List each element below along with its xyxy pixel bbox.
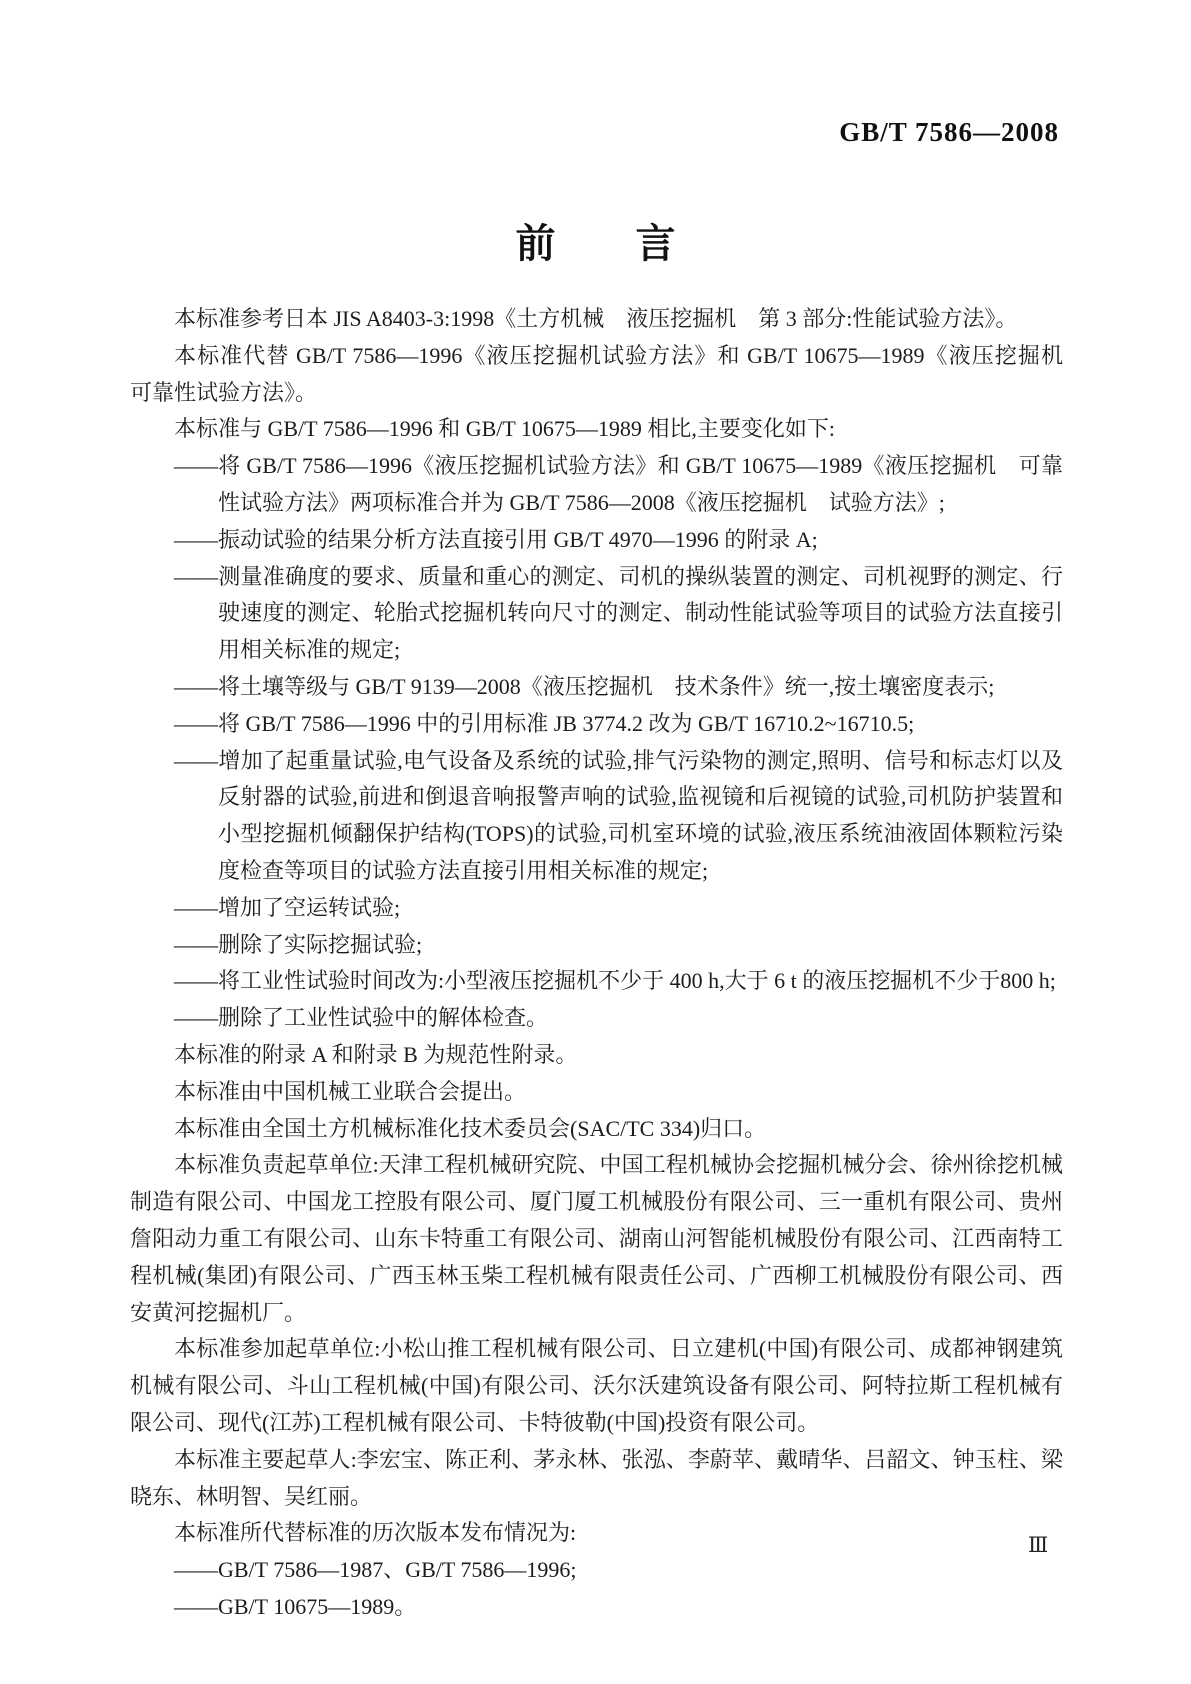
list-item: ——将土壤等级与 GB/T 9139—2008《液压挖掘机 技术条件》统一,按土… (130, 669, 1063, 706)
list-item: ——GB/T 10675—1989。 (130, 1589, 1063, 1626)
paragraph: 本标准与 GB/T 7586—1996 和 GB/T 10675—1989 相比… (130, 411, 1063, 448)
page-number: Ⅲ (1028, 1533, 1048, 1558)
standard-number: GB/T 7586—2008 (839, 117, 1059, 148)
paragraph: 本标准由中国机械工业联合会提出。 (130, 1074, 1063, 1111)
paragraph: 本标准主要起草人:李宏宝、陈正利、茅永林、张泓、李蔚苹、戴晴华、吕韶文、钟玉柱、… (130, 1442, 1063, 1516)
list-item: ——GB/T 7586—1987、GB/T 7586—1996; (130, 1552, 1063, 1589)
list-item: ——删除了工业性试验中的解体检查。 (130, 1000, 1063, 1037)
page-title: 前 言 (0, 212, 1191, 269)
paragraph: 本标准所代替标准的历次版本发布情况为: (130, 1515, 1063, 1552)
list-item: ——振动试验的结果分析方法直接引用 GB/T 4970—1996 的附录 A; (130, 522, 1063, 559)
paragraph: 本标准的附录 A 和附录 B 为规范性附录。 (130, 1037, 1063, 1074)
list-item: ——增加了起重量试验,电气设备及系统的试验,排气污染物的测定,照明、信号和标志灯… (130, 743, 1063, 890)
list-item: ——将 GB/T 7586—1996《液压挖掘机试验方法》和 GB/T 1067… (130, 448, 1063, 522)
paragraph: 本标准参加起草单位:小松山推工程机械有限公司、日立建机(中国)有限公司、成都神钢… (130, 1331, 1063, 1441)
list-item: ——测量准确度的要求、质量和重心的测定、司机的操纵装置的测定、司机视野的测定、行… (130, 559, 1063, 669)
paragraph: 本标准代替 GB/T 7586—1996《液压挖掘机试验方法》和 GB/T 10… (130, 338, 1063, 412)
paragraph: 本标准负责起草单位:天津工程机械研究院、中国工程机械协会挖掘机械分会、徐州徐挖机… (130, 1147, 1063, 1331)
paragraph: 本标准参考日本 JIS A8403-3:1998《土方机械 液压挖掘机 第 3 … (130, 301, 1063, 338)
list-item: ——增加了空运转试验; (130, 890, 1063, 927)
list-item: ——删除了实际挖掘试验; (130, 927, 1063, 964)
document-page: GB/T 7586—2008 前 言 本标准参考日本 JIS A8403-3:1… (0, 0, 1191, 1684)
foreword-content: 本标准参考日本 JIS A8403-3:1998《土方机械 液压挖掘机 第 3 … (130, 301, 1063, 1626)
list-item: ——将 GB/T 7586—1996 中的引用标准 JB 3774.2 改为 G… (130, 706, 1063, 743)
paragraph: 本标准由全国土方机械标准化技术委员会(SAC/TC 334)归口。 (130, 1111, 1063, 1148)
list-item: ——将工业性试验时间改为:小型液压挖掘机不少于 400 h,大于 6 t 的液压… (130, 963, 1063, 1000)
